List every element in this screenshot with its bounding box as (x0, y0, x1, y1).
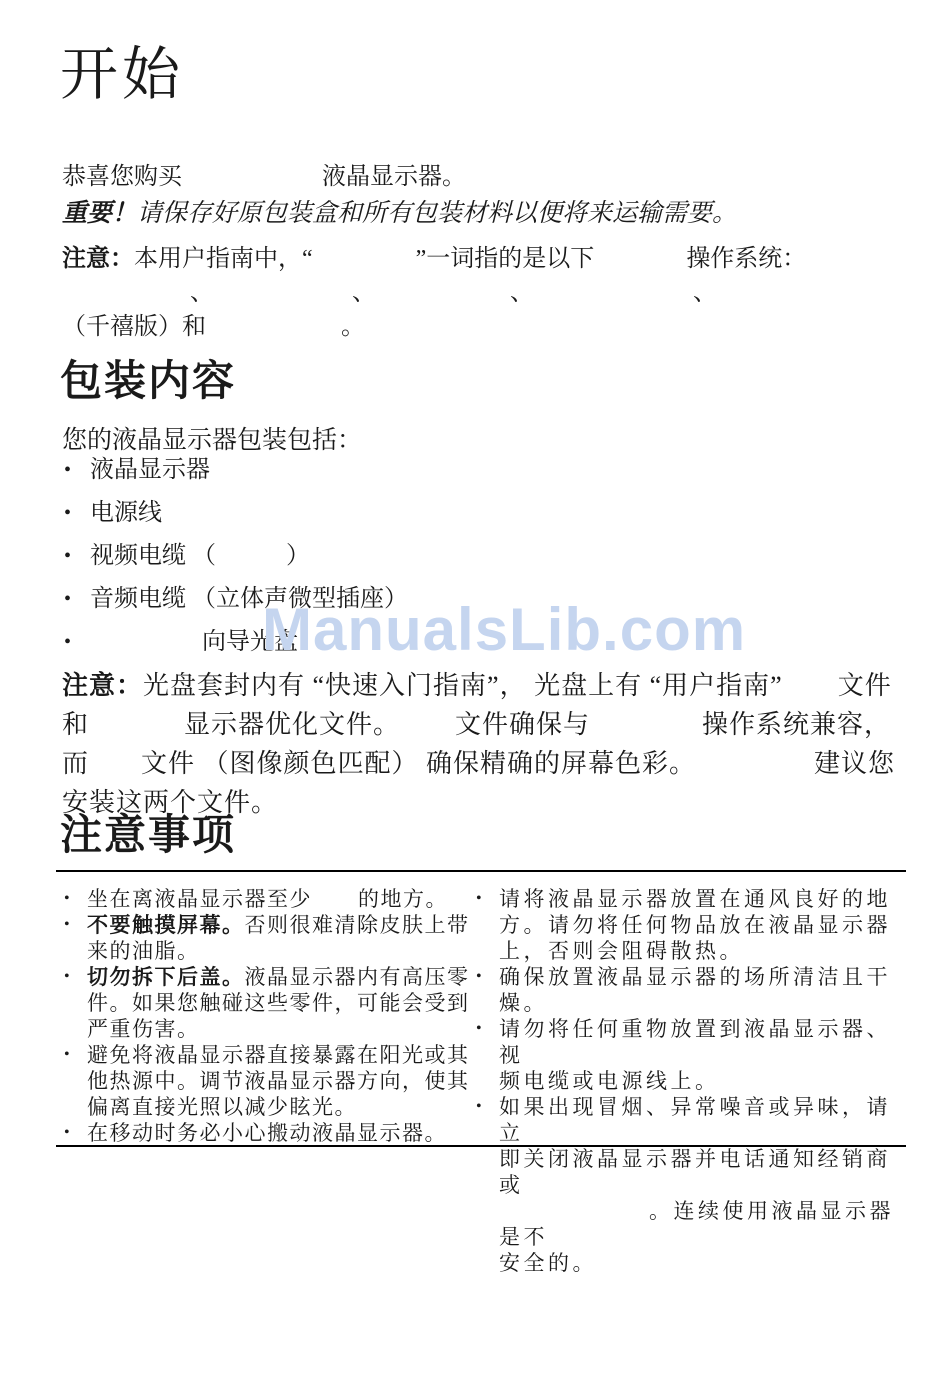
list-item: •请勿将任何重物放置到液晶显示器、视频电缆或电源线上。 (476, 1016, 912, 1094)
redacted-gap (783, 693, 838, 694)
bullet-icon: • (64, 912, 87, 964)
bullet-icon: • (476, 886, 499, 964)
redacted-gap (206, 333, 341, 334)
bullet-icon: • (64, 544, 90, 569)
os-note-line1: 注意：本用户指南中，“”一词指的是以下操作系统： (62, 242, 806, 276)
note-line: 和显示器优化文件。文件确保与操作系统兼容， (62, 705, 912, 744)
redacted-gap (89, 771, 141, 772)
os-note-line3: （千禧版）和。 (62, 310, 365, 344)
bullet-icon: • (64, 458, 90, 483)
list-item: •切勿拆下后盖。液晶显示器内有高压零件。如果您触碰这些零件，可能会受到严重伤害。 (64, 964, 474, 1042)
section-heading-precautions: 注意事项 (60, 812, 236, 860)
list-item: •液晶显示器 (64, 458, 764, 483)
redacted-gap (499, 1217, 649, 1218)
list-item: •不要触摸屏幕。否则很难清除皮肤上带来的油脂。 (64, 912, 474, 964)
list-item: •电源线 (64, 501, 764, 526)
redacted-gap (182, 183, 322, 184)
list-item: •视频电缆 （） (64, 544, 764, 569)
bullet-icon: • (64, 1042, 87, 1120)
list-item: •如果出现冒烟、异常噪音或异味，请立即关闭液晶显示器并电话通知经销商或。连续使用… (476, 1094, 912, 1276)
list-item: •避免将液晶显示器直接暴露在阳光或其他热源中。调节液晶显示器方向，使其偏离直接光… (64, 1042, 474, 1120)
package-lead: 您的液晶显示器包装包括： (62, 424, 362, 458)
redacted-gap (90, 648, 202, 649)
bullet-icon: • (64, 630, 90, 655)
bullet-icon: • (476, 964, 499, 1016)
redacted-gap (594, 265, 686, 266)
precautions-right-list: •请将液晶显示器放置在通风良好的地方。请勿将任何物品放在液晶显示器上，否则会阻碍… (476, 886, 912, 1276)
redacted-gap (216, 562, 286, 563)
os-note-line2: 、、、、 (62, 276, 717, 310)
bullet-icon: • (64, 501, 90, 526)
bullet-icon: • (476, 1016, 499, 1094)
bullet-icon: • (64, 1120, 87, 1146)
redacted-gap (590, 732, 702, 733)
redacted-gap (214, 299, 352, 300)
manualslib-watermark: ManualsLib.com (262, 600, 746, 660)
list-item: •确保放置液晶显示器的场所清洁且干燥。 (476, 964, 912, 1016)
note-line: 而文件 （图像颜色匹配） 确保精确的屏幕色彩。建议您 (62, 744, 912, 783)
redacted-gap (312, 905, 358, 906)
bullet-icon: • (476, 1094, 499, 1276)
page-title: 开始 (60, 42, 184, 109)
list-item: •请将液晶显示器放置在通风良好的地方。请勿将任何物品放在液晶显示器上，否则会阻碍… (476, 886, 912, 964)
redacted-gap (376, 299, 510, 300)
redacted-gap (89, 732, 184, 733)
manual-page: 开始 恭喜您购买液晶显示器。 重要！请保存好原包装盒和所有包装材料以便将来运输需… (0, 0, 950, 1388)
bullet-icon: • (64, 964, 87, 1042)
bullet-icon: • (64, 587, 90, 612)
list-item: •坐在离液晶显示器至少的地方。 (64, 886, 474, 912)
divider-top (56, 870, 906, 872)
redacted-gap (696, 771, 814, 772)
note-line: 注意：光盘套封内有 “快速入门指南”， 光盘上有 “用户指南”文件 (62, 666, 912, 705)
redacted-gap (313, 265, 416, 266)
cd-note: 注意：光盘套封内有 “快速入门指南”， 光盘上有 “用户指南”文件和显示器优化文… (62, 666, 912, 822)
redacted-gap (62, 299, 190, 300)
intro-paragraph: 恭喜您购买液晶显示器。 (62, 160, 466, 194)
precautions-left-list: •坐在离液晶显示器至少的地方。•不要触摸屏幕。否则很难清除皮肤上带来的油脂。•切… (64, 886, 474, 1146)
redacted-gap (400, 732, 455, 733)
section-heading-package: 包装内容 (60, 358, 236, 406)
list-item: •在移动时务必小心搬动液晶显示器。 (64, 1120, 474, 1146)
bullet-icon: • (64, 886, 87, 912)
redacted-gap (534, 299, 693, 300)
divider-bottom (56, 1145, 906, 1147)
important-note: 重要！请保存好原包装盒和所有包装材料以便将来运输需要。 (62, 197, 737, 231)
